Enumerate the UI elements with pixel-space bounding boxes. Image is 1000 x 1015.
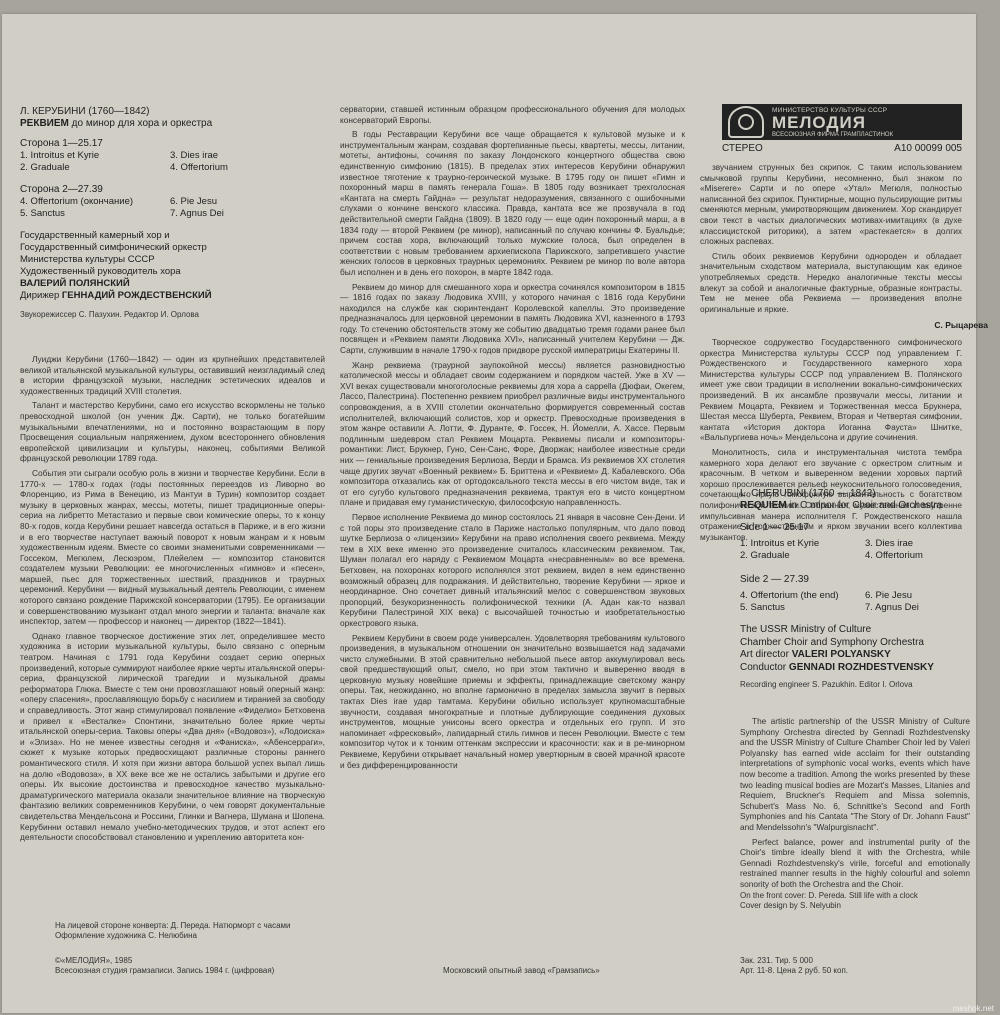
track: 2. Graduale <box>740 550 865 562</box>
ru-side2-label: Сторона 2—27.39 <box>20 184 325 196</box>
ru-conductor-line: Дирижер ГЕННАДИЙ РОЖДЕСТВЕНСКИЙ <box>20 290 325 302</box>
ru-conductor: ГЕННАДИЙ РОЖДЕСТВЕНСКИЙ <box>62 290 212 301</box>
ru-header-block: Л. КЕРУБИНИ (1760—1842) РЕКВИЕМ до минор… <box>20 106 325 321</box>
en-director-line: Art director VALERI POLYANSKY <box>740 649 970 662</box>
en-header-block: L. CHERUBINI (1760 — 1842) REQUIEM in C … <box>740 488 970 691</box>
ru-director: ВАЛЕРИЙ ПОЛЯНСКИЙ <box>20 278 325 290</box>
ru-side1-tracks: 1. Introitus et Kyrie 3. Dies irae 2. Gr… <box>20 150 325 174</box>
paragraph: The artistic partnership of the USSR Min… <box>740 716 970 833</box>
ru-credits: Звукорежиссер С. Пазухин. Редактор И. Ор… <box>20 310 325 321</box>
studio: Всесоюзная студия грамзаписи. Запись 198… <box>55 966 274 976</box>
ru-composer: Л. КЕРУБИНИ (1760—1842) <box>20 106 325 118</box>
price-info: Арт. 11-8. Цена 2 руб. 50 коп. <box>740 966 848 976</box>
ru-title-rest: до минор для хора и оркестра <box>69 118 212 129</box>
melodiya-logo: МИНИСТЕРСТВО КУЛЬТУРЫ СССР МЕЛОДИЯ ВСЕСО… <box>722 104 962 140</box>
en-conductor-prefix: Conductor <box>740 662 789 673</box>
order-info: Зак. 231. Тир. 5 000 <box>740 956 848 966</box>
en-text: The artistic partnership of the USSR Min… <box>740 716 970 894</box>
paragraph: Талант и мастерство Керубини, само его и… <box>20 400 325 464</box>
en-director: VALERI POLYANSKY <box>792 649 891 660</box>
track: 5. Sanctus <box>740 602 865 614</box>
cover-credit-line: Cover design by S. Nelyubin <box>740 901 918 911</box>
copyright-block: ©«МЕЛОДИЯ», 1985 Всесоюзная студия грамз… <box>55 956 274 976</box>
en-credits: Recording engineer S. Pazukhin. Editor I… <box>740 680 970 691</box>
ru-column-1-text: Луиджи Керубини (1760—1842) — один из кр… <box>20 354 325 847</box>
ru-side1-label: Сторона 1—25.17 <box>20 138 325 150</box>
cover-credit-line: Оформление художника С. Нелюбина <box>55 931 291 941</box>
paragraph: Жанр реквиема (траурной заупокойной месс… <box>340 360 685 508</box>
track: 4. Offertorium <box>170 162 290 174</box>
en-title-bold: REQUIEM <box>740 500 787 511</box>
track: 3. Dies irae <box>865 538 970 550</box>
catalog-line: СТЕРЕО А10 00099 005 <box>722 143 962 154</box>
ru-side2-tracks: 4. Offertorium (окончание) 6. Pie Jesu 5… <box>20 196 325 220</box>
track: 3. Dies irae <box>170 150 290 162</box>
paragraph: В годы Реставрации Керубини все чаще обр… <box>340 129 685 277</box>
paragraph: Реквием Керубини в своем роде универсале… <box>340 633 685 771</box>
en-side2-label: Side 2 — 27.39 <box>740 574 970 586</box>
track: 2. Graduale <box>20 162 170 174</box>
track: 7. Agnus Dei <box>865 602 970 614</box>
en-conductor: GENNADI ROZHDESTVENSKY <box>789 662 934 673</box>
ru-conductor-prefix: Дирижер <box>20 290 62 301</box>
logo-sub: ВСЕСОЮЗНАЯ ФИРМА ГРАМПЛАСТИНОК <box>772 132 893 138</box>
en-performers: The USSR Ministry of Culture Chamber Cho… <box>740 624 970 674</box>
en-conductor-line: Conductor GENNADI ROZHDESTVENSKY <box>740 662 970 675</box>
paragraph: Perfect balance, power and instrumental … <box>740 837 970 890</box>
ru-cover-credits: На лицевой стороне конверта: Д. Переда. … <box>55 921 291 941</box>
en-side2-tracks: 4. Offertorium (the end) 6. Pie Jesu 5. … <box>740 590 970 614</box>
performer-line: Chamber Choir and Symphony Orchestra <box>740 637 970 650</box>
melodiya-logo-icon <box>728 106 764 138</box>
en-title-rest: in C minor for Choir and Orchestra <box>787 500 943 511</box>
performer-line: Художественный руководитель хора <box>20 266 325 278</box>
ru-title-bold: РЕКВИЕМ <box>20 118 69 129</box>
catalog-number: А10 00099 005 <box>894 143 962 154</box>
track: 4. Offertorium (the end) <box>740 590 865 602</box>
ru-title: РЕКВИЕМ до минор для хора и оркестра <box>20 118 325 130</box>
paragraph: Реквием до минор для смешанного хора и о… <box>340 282 685 356</box>
performer-line: The USSR Ministry of Culture <box>740 624 970 637</box>
ru-performers: Государственный камерный хор и Государст… <box>20 230 325 302</box>
ru-column-2-text: серватории, ставшей истинным образцом пр… <box>340 104 685 774</box>
paragraph: звучанием струнных без скрипок. С таким … <box>700 162 962 247</box>
performer-line: Государственный симфонический оркестр <box>20 242 325 254</box>
track: 4. Offertorium <box>865 550 970 562</box>
cover-credit-line: On the front cover: D. Pereda. Still lif… <box>740 891 918 901</box>
factory: Московский опытный завод «Грамзапись» <box>443 966 600 976</box>
track: 5. Sanctus <box>20 208 170 220</box>
paragraph: Первое исполнение Реквиема до минор сост… <box>340 512 685 629</box>
performer-line: Министерства культуры СССР <box>20 254 325 266</box>
copyright: ©«МЕЛОДИЯ», 1985 <box>55 956 274 966</box>
track: 6. Pie Jesu <box>865 590 970 602</box>
logo-main: МЕЛОДИЯ <box>772 114 893 132</box>
en-side1-tracks: 1. Introitus et Kyrie 3. Dies irae 2. Gr… <box>740 538 970 562</box>
track: 1. Introitus et Kyrie <box>740 538 865 550</box>
track: 1. Introitus et Kyrie <box>20 150 170 162</box>
paragraph: Однако главное творческое достижение эти… <box>20 631 325 843</box>
essay-author: С. Рыцарева <box>934 320 988 330</box>
track: 4. Offertorium (окончание) <box>20 196 170 208</box>
paragraph: серватории, ставшей истинным образцом пр… <box>340 104 685 125</box>
ru-column-3-text: звучанием струнных без скрипок. С таким … <box>700 162 962 318</box>
track: 7. Agnus Dei <box>170 208 290 220</box>
en-title: REQUIEM in C minor for Choir and Orchest… <box>740 500 970 512</box>
paragraph: Творческое содружество Государственного … <box>700 337 962 443</box>
print-info: Зак. 231. Тир. 5 000 Арт. 11-8. Цена 2 р… <box>740 956 848 976</box>
watermark: meshok.net <box>953 1004 994 1013</box>
logo-text: МИНИСТЕРСТВО КУЛЬТУРЫ СССР МЕЛОДИЯ ВСЕСО… <box>772 107 893 138</box>
paragraph: Луиджи Керубини (1760—1842) — один из кр… <box>20 354 325 396</box>
en-cover-credits: On the front cover: D. Pereda. Still lif… <box>740 891 918 911</box>
en-director-prefix: Art director <box>740 649 792 660</box>
en-side1-label: Side 1 — 25.17 <box>740 522 970 534</box>
performer-line: Государственный камерный хор и <box>20 230 325 242</box>
paragraph: События эти сыграли особую роль в жизни … <box>20 468 325 627</box>
paragraph: Стиль обоих реквиемов Керубини однороден… <box>700 251 962 315</box>
cover-credit-line: На лицевой стороне конверта: Д. Переда. … <box>55 921 291 931</box>
en-composer: L. CHERUBINI (1760 — 1842) <box>740 488 970 500</box>
stereo-label: СТЕРЕО <box>722 143 763 154</box>
track: 6. Pie Jesu <box>170 196 290 208</box>
